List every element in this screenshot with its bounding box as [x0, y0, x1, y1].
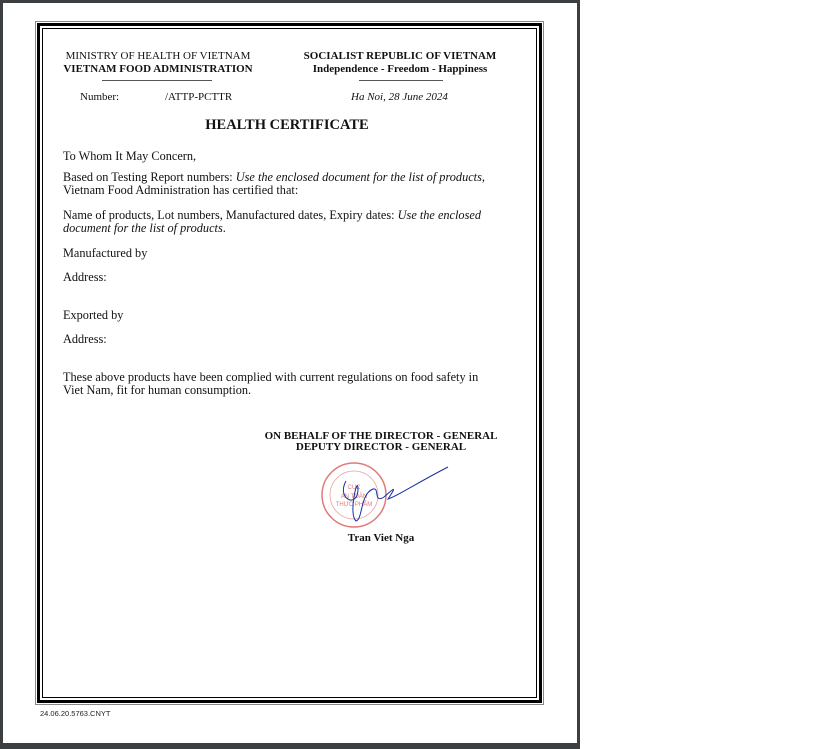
svg-text:CỤC: CỤC	[348, 485, 362, 491]
ministry-name: MINISTRY OF HEALTH OF VIETNAM	[43, 50, 273, 63]
state-name: SOCIALIST REPUBLIC OF VIETNAM	[285, 50, 515, 63]
agency-name: VIETNAM FOOD ADMINISTRATION	[43, 63, 273, 76]
document-code: 24.06.20.5763.CNYT	[40, 709, 110, 718]
state-block: SOCIALIST REPUBLIC OF VIETNAM Independen…	[285, 50, 515, 76]
signatory-title: ON BEHALF OF THE DIRECTOR - GENERAL DEPU…	[241, 431, 521, 453]
signatory-name: Tran Viet Nga	[241, 533, 521, 544]
exporter-address: Address:	[63, 333, 107, 346]
issuer-block: MINISTRY OF HEALTH OF VIETNAM VIETNAM FO…	[43, 50, 273, 76]
number-value: /ATTP-PCTTR	[165, 91, 232, 103]
products-line-2: document for the list of products.	[63, 222, 226, 235]
document-page: MINISTRY OF HEALTH OF VIETNAM VIETNAM FO…	[3, 3, 577, 743]
number-label: Number:	[80, 91, 119, 103]
salutation: To Whom It May Concern,	[63, 150, 196, 163]
official-stamp-and-signature: CỤC AN TOÀN THỰC PHẨM	[318, 459, 458, 534]
state-motto: Independence - Freedom - Happiness	[285, 63, 515, 76]
exported-by: Exported by	[63, 309, 123, 322]
issuer-underline	[102, 80, 212, 81]
certified-line: Vietnam Food Administration has certifie…	[63, 184, 298, 197]
state-underline	[359, 80, 443, 81]
place-date: Ha Noi, 28 June 2024	[351, 91, 448, 103]
svg-text:THỰC PHẨM: THỰC PHẨM	[336, 501, 372, 508]
compliance-statement-2: Viet Nam, fit for human consumption.	[63, 384, 251, 397]
manufactured-by: Manufactured by	[63, 247, 147, 260]
document-title: HEALTH CERTIFICATE	[3, 117, 571, 134]
manufacturer-address: Address:	[63, 271, 107, 284]
